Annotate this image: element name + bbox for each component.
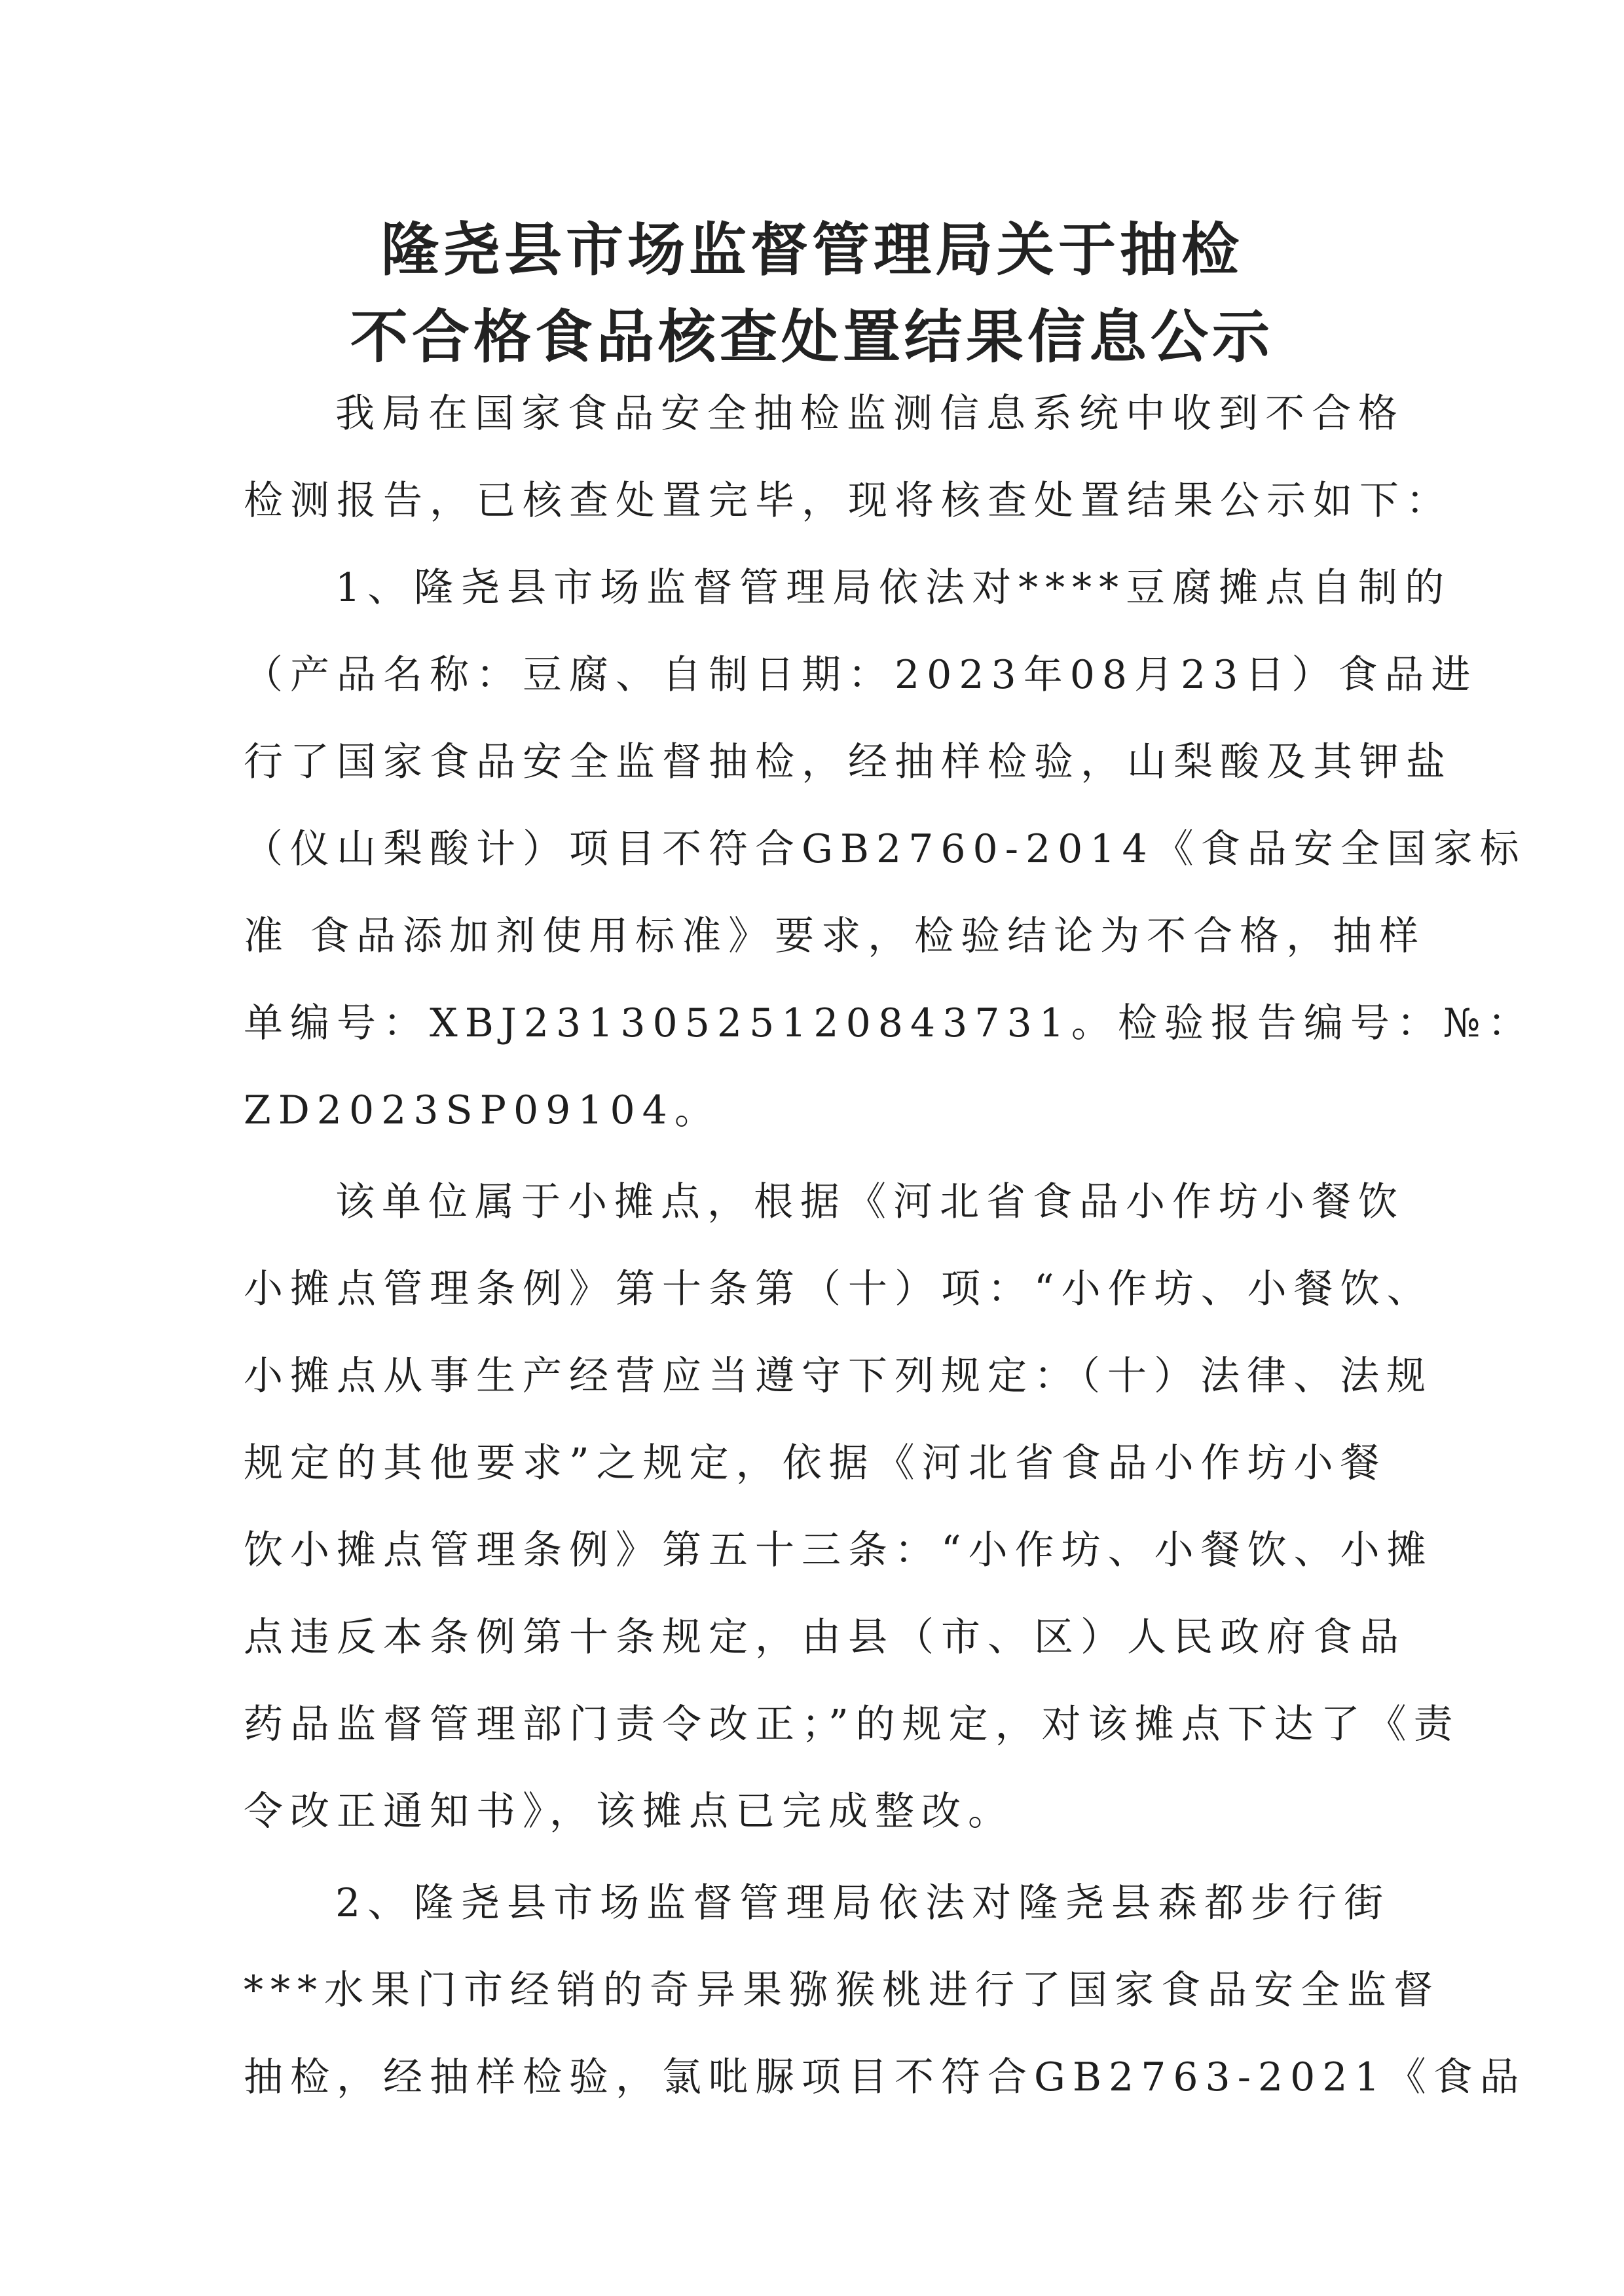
item1-line-6: 单编号：XBJ23130525120843731。检验报告编号：№： <box>244 1000 1370 1047</box>
para-line-3: 小摊点从事生产经营应当遵守下列规定：（十）法律、法规 <box>244 1353 1370 1400</box>
intro-line-2: 检测报告，已核查处置完毕，现将核查处置结果公示如下： <box>244 477 1370 524</box>
para-line-8: 令改正通知书》，该摊点已完成整改。 <box>244 1788 1370 1835</box>
item1-line-2: （产品名称：豆腐、自制日期：2023年08月23日）食品进 <box>244 651 1370 699</box>
item1-line-3: 行了国家食品安全监督抽检，经抽样检验，山梨酸及其钾盐 <box>244 738 1370 786</box>
intro-line-1: 我局在国家食品安全抽检监测信息系统中收到不合格 <box>244 390 1370 437</box>
title-line-1: 隆尧县市场监督管理局关于抽检 <box>0 204 1624 287</box>
title-line-2: 不合格食品核查处置结果信息公示 <box>0 291 1624 374</box>
para-line-1: 该单位属于小摊点，根据《河北省食品小作坊小餐饮 <box>244 1178 1370 1226</box>
item1-line-1: 1、隆尧县市场监督管理局依法对****豆腐摊点自制的 <box>244 564 1370 611</box>
item2-line-2: ***水果门市经销的奇异果猕猴桃进行了国家食品安全监督 <box>244 1967 1370 2014</box>
para-line-4: 规定的其他要求”之规定，依据《河北省食品小作坊小餐 <box>244 1440 1370 1487</box>
item2-line-1: 2、隆尧县市场监督管理局依法对隆尧县森都步行街 <box>244 1880 1370 1927</box>
item1-line-5: 准 食品添加剂使用标准》要求，检验结论为不合格，抽样 <box>244 913 1370 960</box>
document-page: 隆尧县市场监督管理局关于抽检 不合格食品核查处置结果信息公示 我局在国家食品安全… <box>0 0 1624 2296</box>
item1-line-4: （仪山梨酸计）项目不符合GB2760-2014《食品安全国家标 <box>244 826 1370 873</box>
para-line-5: 饮小摊点管理条例》第五十三条：“小作坊、小餐饮、小摊 <box>244 1527 1370 1574</box>
para-line-2: 小摊点管理条例》第十条第（十）项：“小作坊、小餐饮、 <box>244 1266 1370 1313</box>
para-line-6: 点违反本条例第十条规定，由县（市、区）人民政府食品 <box>244 1614 1370 1661</box>
item1-line-7: ZD2023SP09104。 <box>244 1087 1370 1134</box>
item2-line-3: 抽检，经抽样检验，氯吡脲项目不符合GB2763-2021《食品 <box>244 2054 1370 2101</box>
para-line-7: 药品监督管理部门责令改正；”的规定，对该摊点下达了《责 <box>244 1701 1370 1748</box>
